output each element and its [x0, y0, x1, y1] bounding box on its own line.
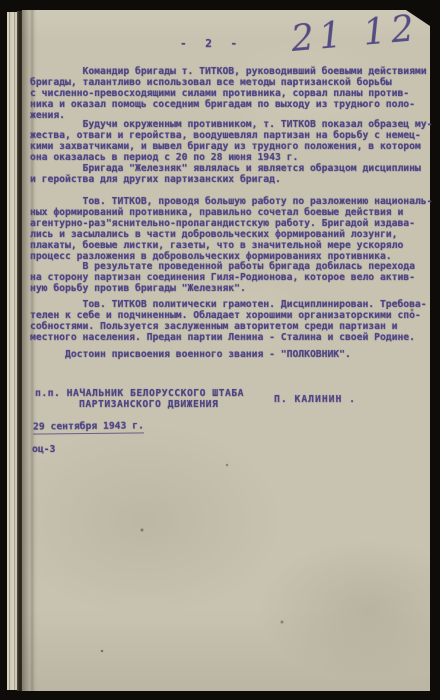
text-line: ную борьбу против бригады "Железняк".	[30, 283, 432, 294]
paragraph: Бригада "Железняк" являлась и является о…	[30, 163, 432, 185]
paragraph: Тов. ТИТКОВ, проводя большую работу по р…	[30, 196, 432, 262]
copy-mark: оц-3	[32, 444, 55, 455]
text-line: агентурно-раз"яснительно-пропагандистску…	[30, 218, 432, 229]
signatory-name: П. КАЛИНИН .	[274, 394, 356, 405]
paragraph: В результате проведенной работы бригада …	[30, 261, 432, 294]
text-line: собностями. Пользуется заслуженным автор…	[30, 321, 432, 332]
paragraph: Тов. ТИТКОВ политически грамотен. Дисцип…	[30, 299, 432, 343]
text-line: ника и оказал помощь соседним бригадам п…	[30, 99, 432, 110]
text-line: бригады, талантливо использовал все мето…	[30, 77, 432, 88]
signatory-title-line1: п.п. НАЧАЛЬНИК БЕЛОРУССКОГО ШТАБА	[35, 388, 244, 399]
paragraph: Командир бригады т. ТИТКОВ, руководивший…	[30, 66, 432, 121]
text-line: на сторону партизан соединения Гиля-Роди…	[30, 272, 432, 283]
text-line: жества, отваги и геройства, воодушевлял …	[30, 130, 432, 141]
text-line: плакаты, боевые листки, газеты, что в зн…	[30, 240, 432, 251]
text-line: ных формирований противника, правильно с…	[30, 207, 432, 218]
scanned-document-page: - 2 - 21 12 Командир бригады т. ТИТКОВ, …	[0, 0, 440, 700]
text-line: и геройства для других партизанских бриг…	[30, 174, 432, 185]
text-line: она оказалась в период с 20 по 28 июня 1…	[30, 152, 432, 163]
text-line: Бригада "Железняк" являлась и является о…	[30, 163, 432, 174]
paragraph: Достоин присвоения военного звания - "ПО…	[30, 349, 432, 360]
text-line: Командир бригады т. ТИТКОВ, руководивший…	[30, 66, 432, 77]
paragraph: Будучи окруженным противником, т. ТИТКОВ…	[30, 119, 432, 163]
text-line: кими захватчиками, и вывел бригаду из тр…	[30, 141, 432, 152]
text-line: телен к себе и подчиненным. Обладает хор…	[30, 310, 432, 321]
text-line: Будучи окруженным противником, т. ТИТКОВ…	[30, 119, 432, 130]
text-line: лись и засылались в части добровольчески…	[30, 229, 432, 240]
text-line: В результате проведенной работы бригада …	[30, 261, 432, 272]
signatory-title-line2: ПАРТИЗАНСКОГО ДВИЖЕНИЯ	[79, 399, 218, 410]
document-body: Командир бригады т. ТИТКОВ, руководивший…	[0, 0, 440, 700]
document-date: 29 сентября 1943 г.	[33, 420, 144, 434]
text-line: местного населения. Предан партии Ленина…	[30, 332, 432, 343]
text-line: Тов. ТИТКОВ, проводя большую работу по р…	[30, 196, 432, 207]
text-line: Тов. ТИТКОВ политически грамотен. Дисцип…	[30, 299, 432, 310]
text-line: Достоин присвоения военного звания - "ПО…	[30, 349, 432, 360]
text-line: с численно-превосходящими силами противн…	[30, 88, 432, 99]
